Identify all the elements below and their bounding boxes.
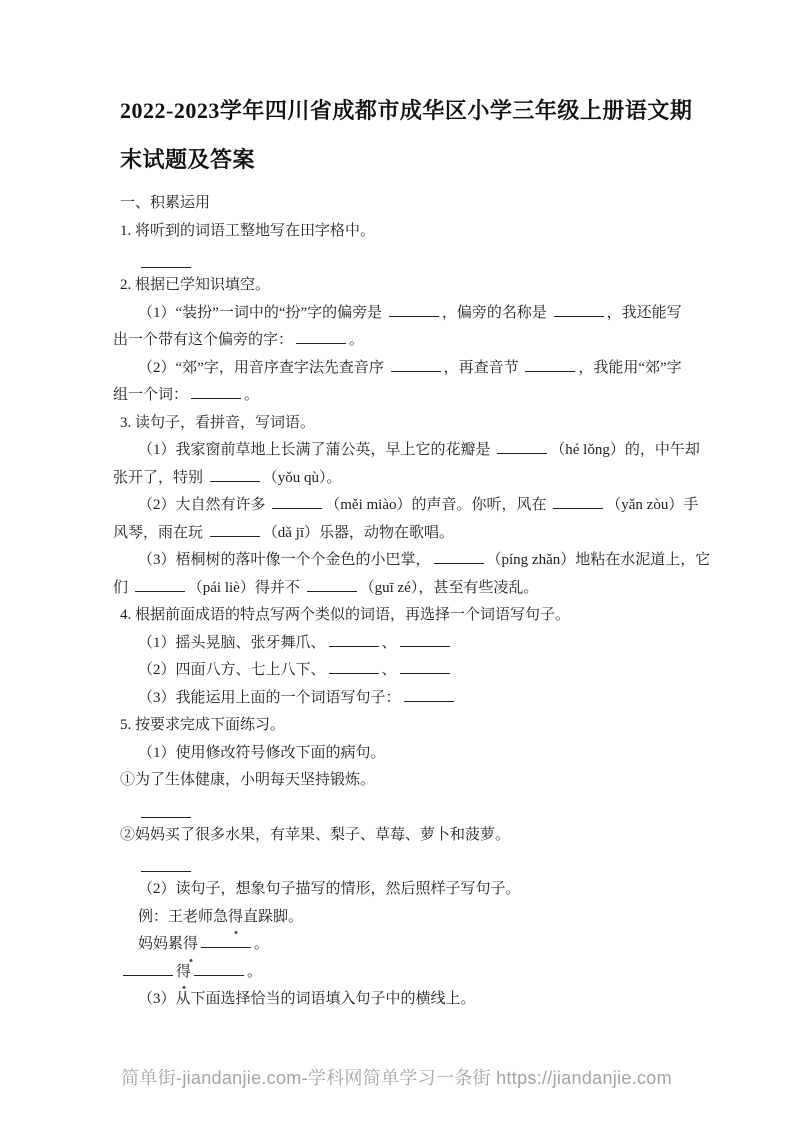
fill-in-blank-line	[329, 660, 379, 674]
fill-in-blank-line	[272, 495, 322, 509]
text-run: 例：王老师急	[138, 909, 228, 925]
page-title-line1: 2022-2023学年四川省成都市成华区小学三年级上册语文期	[120, 86, 760, 135]
fill-in-blank-line	[123, 962, 173, 976]
document-line: 妈妈累得。	[113, 931, 713, 959]
text-run: （3）梧桐树的落叶像一个个金色的小巴掌，	[138, 552, 431, 568]
document-line: 出一个带有这个偏旁的字：。	[113, 327, 713, 355]
emphasized-char: 得	[176, 959, 191, 987]
fill-in-blank-line	[400, 660, 450, 674]
document-line	[113, 804, 713, 822]
fill-in-blank-line	[141, 804, 191, 818]
document-line: （1）我家窗前草地上长满了蒲公英，早上它的花瓣是 （hé lǒng）的，中午却	[113, 437, 713, 465]
text-run: 一、积累运用	[120, 195, 210, 211]
text-run: （1）我家窗前草地上长满了蒲公英，早上它的花瓣是	[138, 442, 494, 458]
fill-in-blank-line	[329, 633, 379, 647]
fill-in-blank-line	[553, 495, 603, 509]
document-line: （2）读句子，想象句子描写的情形，然后照样子写句子。	[113, 876, 713, 904]
document-line: （1）“装扮”一词中的“扮”字的偏旁是 ，偏旁的名称是 ，我还能写	[113, 300, 713, 328]
fill-in-blank-line	[400, 633, 450, 647]
exam-paper-page: 2022-2023学年四川省成都市成华区小学三年级上册语文期 末试题及答案 一、…	[0, 0, 793, 1122]
text-run: 出一个带有这个偏旁的字：	[113, 332, 293, 348]
text-run: （guī zé），甚至有些凌乱。	[360, 580, 539, 596]
document-line: （3）从下面选择恰当的词语填入句子中的横线上。	[113, 986, 713, 1014]
document-line: ②妈妈买了很多水果，有苹果、梨子、草莓、萝卜和菠萝。	[113, 822, 713, 850]
fill-in-blank-line	[210, 468, 260, 482]
text-run: （2）四面八方、七上八下、	[138, 662, 326, 678]
text-run: （2）“郊”字，用音序查字法先查音序	[138, 360, 388, 376]
document-body: 一、积累运用1. 将听到的词语工整地写在田字格中。2. 根据已学知识填空。（1）…	[113, 190, 713, 1014]
fill-in-blank-line	[201, 934, 251, 948]
text-run: 妈妈累	[138, 936, 183, 952]
document-line	[113, 858, 713, 876]
document-line: 一、积累运用	[113, 190, 713, 218]
document-line: （2）大自然有许多 （měi miào）的声音。你听，风在 （yǎn zòu）手	[113, 492, 713, 520]
fill-in-blank-line	[389, 303, 439, 317]
text-run: （1）“装扮”一词中的“扮”字的偏旁是	[138, 305, 386, 321]
document-line: 得。	[113, 959, 713, 987]
text-run: （dǎ jī）乐器，动物在歌唱。	[263, 525, 454, 541]
document-line: 3. 读句子，看拼音，写词语。	[113, 410, 713, 438]
fill-in-blank-line	[194, 962, 244, 976]
footer: 简单街-jiandanjie.com-学科网简单学习一条街 https://ji…	[0, 1064, 793, 1090]
text-run: 。	[247, 964, 262, 980]
document-line: （1）使用修改符号修改下面的病句。	[113, 740, 713, 768]
fill-in-blank-line	[497, 440, 547, 454]
text-run: （hé lǒng）的，中午却	[550, 442, 700, 458]
text-run: （1）使用修改符号修改下面的病句。	[138, 745, 386, 761]
fill-in-blank-line	[554, 303, 604, 317]
document-line: ①为了生体健康，小明每天坚持锻炼。	[113, 767, 713, 795]
text-run: （pái liè）得并不	[188, 580, 304, 596]
text-run: （1）摇头晃脑、张牙舞爪、	[138, 635, 326, 651]
text-run: 5. 按要求完成下面练习。	[120, 717, 285, 733]
text-run: 、	[382, 635, 397, 651]
page-title: 2022-2023学年四川省成都市成华区小学三年级上册语文期 末试题及答案	[120, 86, 760, 184]
text-run: 张开了，特别	[113, 470, 207, 486]
text-run: （3）我能运用上面的一个词语写句子：	[138, 690, 401, 706]
text-run: ①为了生体健康，小明每天坚持锻炼。	[120, 772, 375, 788]
document-line: 例：王老师急得直跺脚。	[113, 904, 713, 932]
text-run: 4. 根据前面成语的特点写两个类似的词语，再选择一个词语写句子。	[120, 607, 570, 623]
text-run: （píng zhǎn）地粘在水泥道上，它	[487, 552, 711, 568]
text-run: 直跺脚。	[243, 909, 303, 925]
document-line: 4. 根据前面成语的特点写两个类似的词语，再选择一个词语写句子。	[113, 602, 713, 630]
page-title-line2: 末试题及答案	[120, 135, 760, 184]
document-line: （2）四面八方、七上八下、、	[113, 657, 713, 685]
document-line: （3）我能运用上面的一个词语写句子：	[113, 685, 713, 713]
text-run: （3）从下面选择恰当的词语填入句子中的横线上。	[138, 991, 476, 1007]
fill-in-blank-line	[391, 358, 441, 372]
text-run: ，偏旁的名称是	[442, 305, 551, 321]
text-run: 2. 根据已学知识填空。	[120, 277, 270, 293]
fill-in-blank-line	[296, 330, 346, 344]
document-line: （3）梧桐树的落叶像一个个金色的小巴掌，（píng zhǎn）地粘在水泥道上，它	[113, 547, 713, 575]
text-run: （měi miào）的声音。你听，风在	[325, 497, 550, 513]
fill-in-blank-line	[404, 688, 454, 702]
fill-in-blank-line	[141, 254, 191, 268]
text-run: 组一个词：	[113, 387, 188, 403]
text-run: （2）读句子，想象句子描写的情形，然后照样子写句子。	[138, 881, 521, 897]
document-line	[113, 254, 713, 272]
fill-in-blank-line	[525, 358, 575, 372]
fill-in-blank-line	[135, 578, 185, 592]
document-line: 1. 将听到的词语工整地写在田字格中。	[113, 218, 713, 246]
document-line: （2）“郊”字，用音序查字法先查音序 ，再查音节 ，我能用“郊”字	[113, 355, 713, 383]
text-run: 风琴，雨在玩	[113, 525, 207, 541]
text-run: 们	[113, 580, 132, 596]
fill-in-blank-line	[191, 385, 241, 399]
document-line: 们 （pái liè）得并不 （guī zé），甚至有些凌乱。	[113, 575, 713, 603]
footer-text: 简单街-jiandanjie.com-学科网简单学习一条街 https://ji…	[121, 1068, 672, 1088]
document-line: （1）摇头晃脑、张牙舞爪、、	[113, 630, 713, 658]
document-line: 组一个词：。	[113, 382, 713, 410]
fill-in-blank-line	[210, 523, 260, 537]
text-run: （yǎn zòu）手	[606, 497, 698, 513]
emphasized-char: 得	[228, 904, 243, 932]
fill-in-blank-line	[307, 578, 357, 592]
text-run: （yǒu qù）。	[263, 470, 342, 486]
document-line: 风琴，雨在玩 （dǎ jī）乐器，动物在歌唱。	[113, 520, 713, 548]
text-run: （2）大自然有许多	[138, 497, 269, 513]
text-run: ②妈妈买了很多水果，有苹果、梨子、草莓、萝卜和菠萝。	[120, 827, 510, 843]
text-run: 、	[382, 662, 397, 678]
text-run: 3. 读句子，看拼音，写词语。	[120, 415, 315, 431]
document-line: 2. 根据已学知识填空。	[113, 272, 713, 300]
text-run: 。	[254, 936, 269, 952]
fill-in-blank-line	[141, 858, 191, 872]
emphasized-char: 得	[183, 931, 198, 959]
text-run: ，再查音节	[444, 360, 523, 376]
document-line: 张开了，特别 （yǒu qù）。	[113, 465, 713, 493]
text-run: 。	[349, 332, 364, 348]
fill-in-blank-line	[434, 550, 484, 564]
text-run: ，我能用“郊”字	[578, 360, 681, 376]
text-run: 。	[244, 387, 259, 403]
document-line: 5. 按要求完成下面练习。	[113, 712, 713, 740]
text-run: 1. 将听到的词语工整地写在田字格中。	[120, 223, 375, 239]
text-run: ，我还能写	[607, 305, 682, 321]
